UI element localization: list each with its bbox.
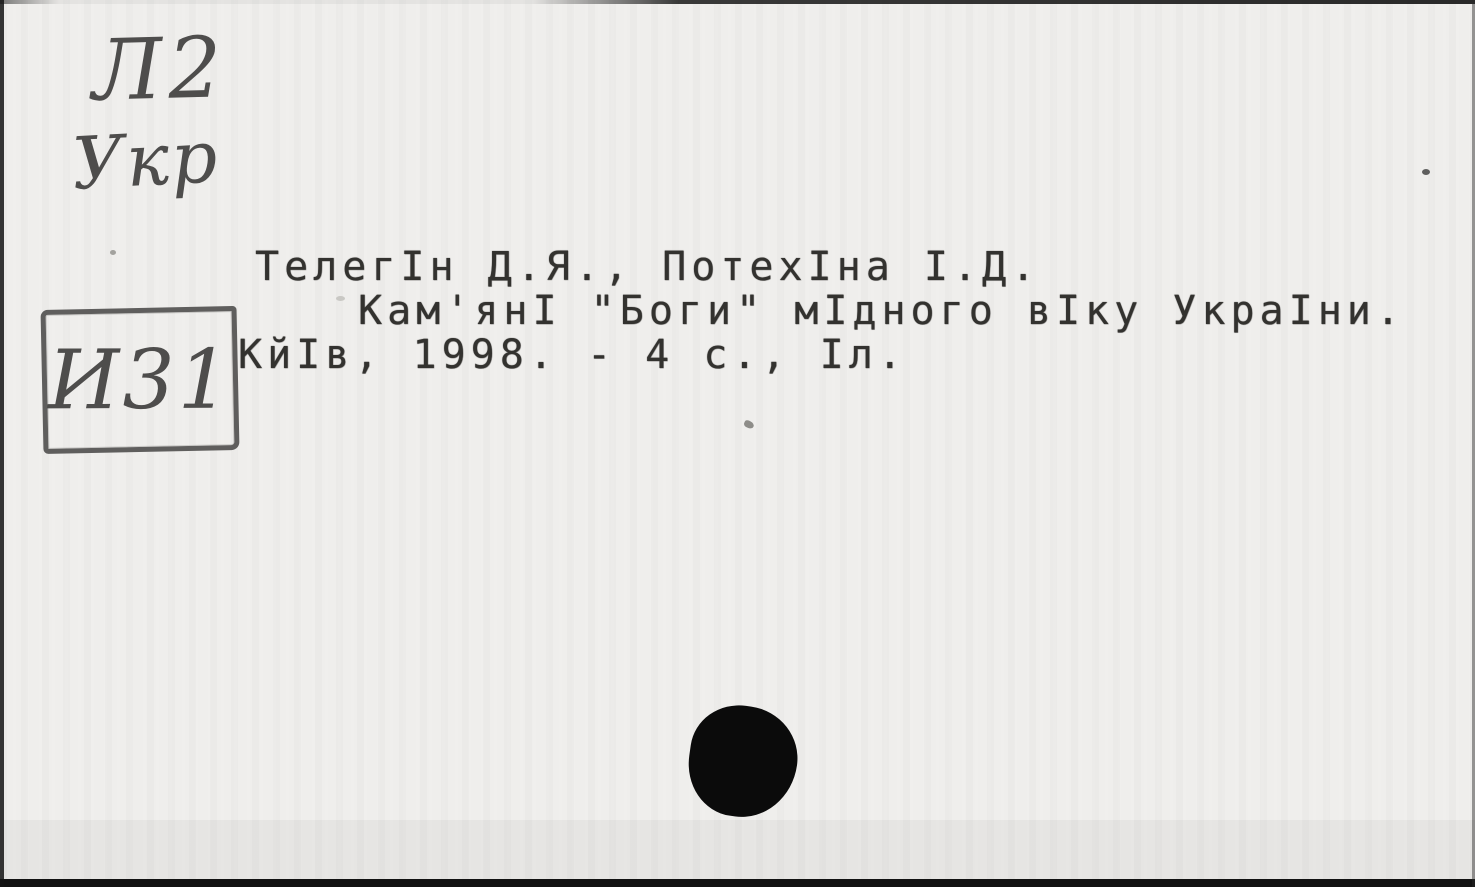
typed-authors-line: ТелегІн Д.Я., ПотехІна І.Д. [255,245,1040,289]
handwritten-boxed-code: И31 [47,332,232,428]
scan-edge-top [0,0,1475,4]
ink-speck [743,419,755,430]
ink-speck [336,296,345,301]
ink-speck [110,250,116,255]
ink-speck [1422,169,1430,175]
typed-imprint-line: КйІв, 1998. - 4 с., Іл. [238,333,907,377]
scan-edge-bottom [0,879,1475,887]
handwritten-code-top: Л2 [91,18,229,120]
typed-title-line: Кам'янІ "Боги" мІдного вІку УкраІни. [358,289,1405,333]
handwritten-code-region: Укр [70,114,221,206]
scan-bottom-shading [0,820,1475,880]
ink-blob [682,699,804,824]
catalog-card-scan: Л2 Укр И31 ТелегІн Д.Я., ПотехІна І.Д. К… [0,0,1475,887]
scan-edge-left [0,0,4,887]
handwritten-box: И31 [41,306,240,454]
